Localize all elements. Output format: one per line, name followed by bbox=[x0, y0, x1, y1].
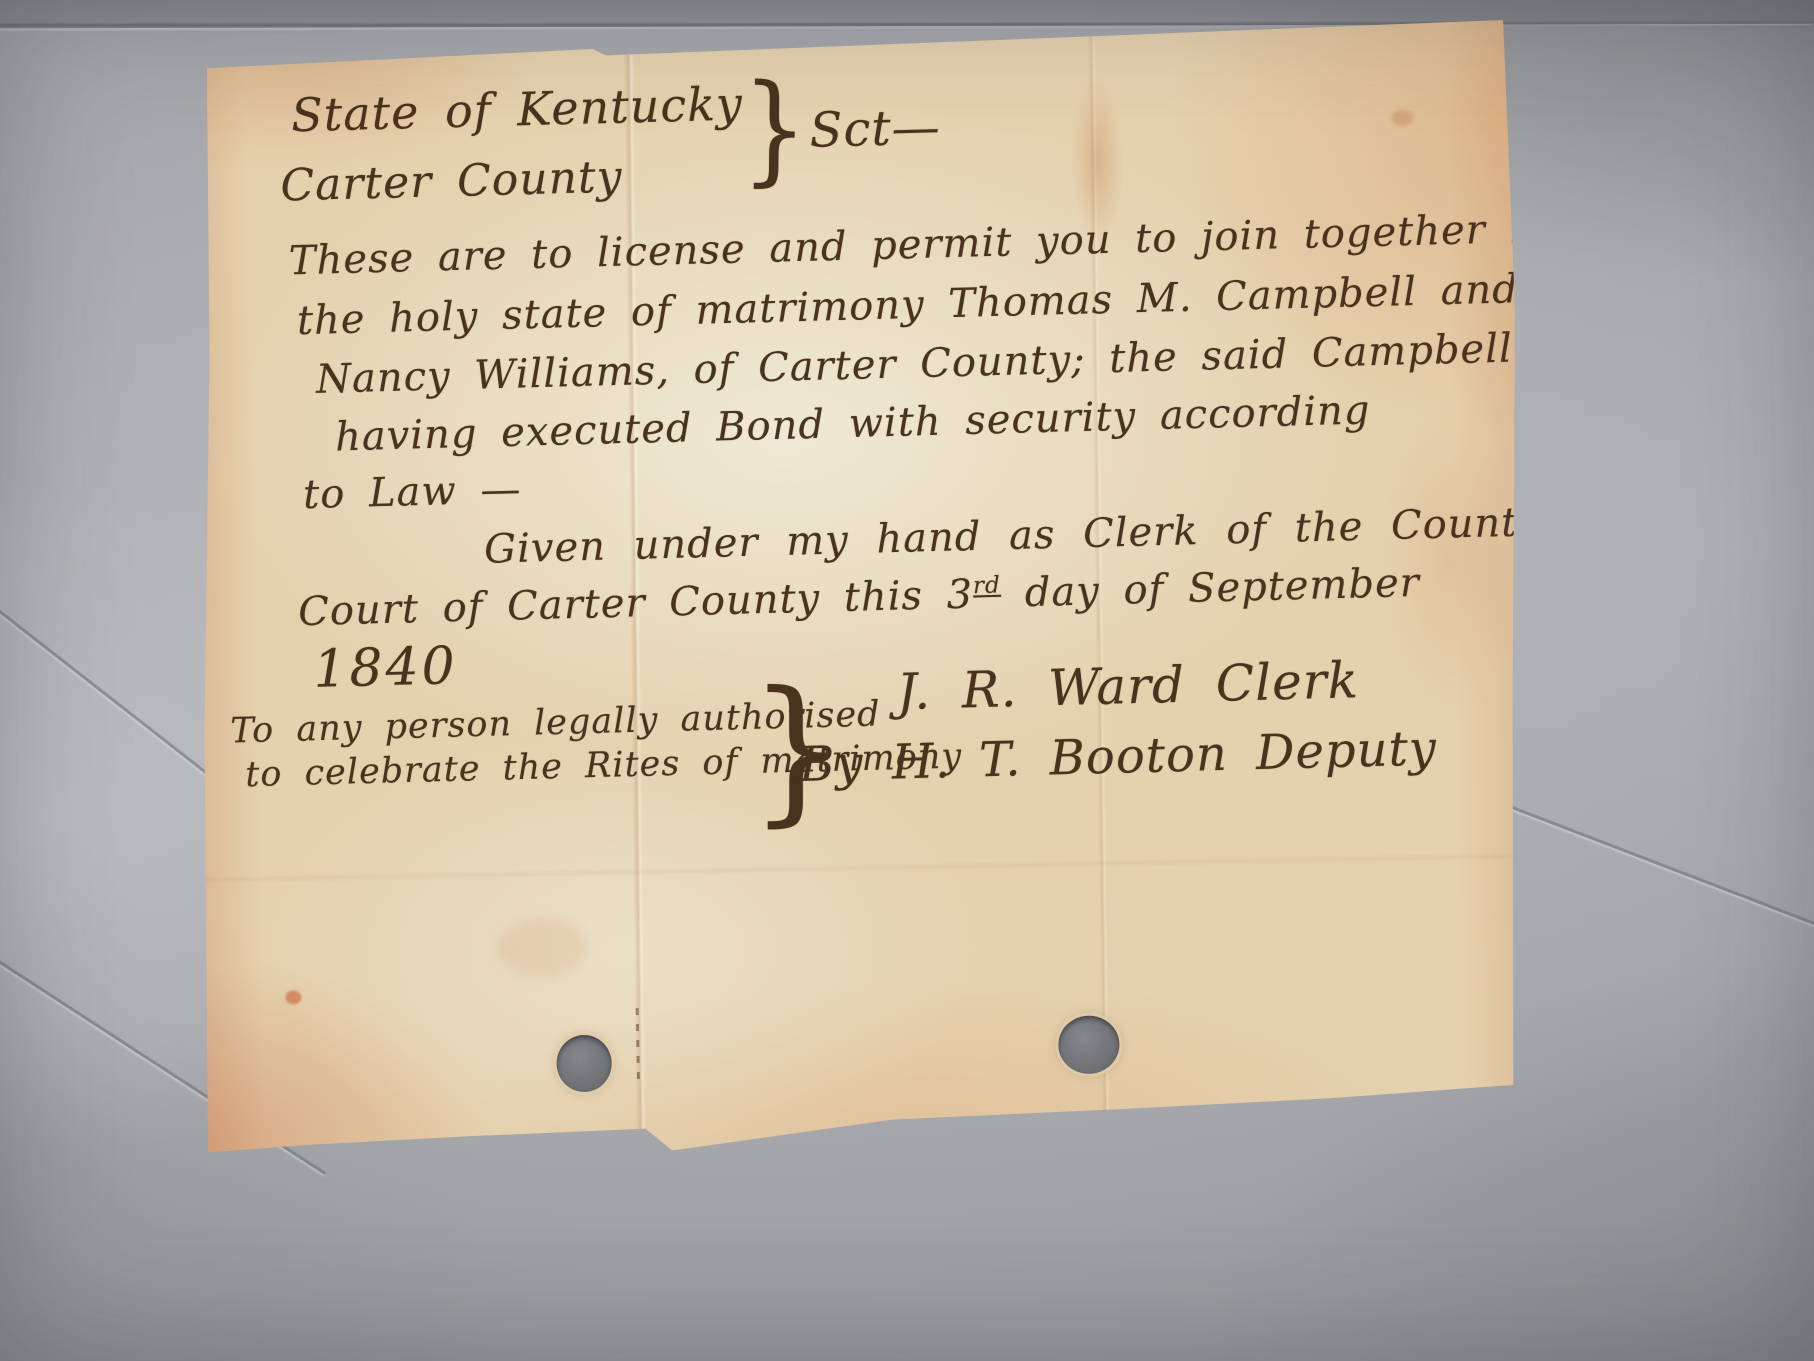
attestation-ordinal-suffix: rd bbox=[973, 571, 1002, 599]
heading-brace: } bbox=[741, 58, 809, 200]
attestation-year: 1840 bbox=[313, 636, 459, 700]
stain-spot-bottom bbox=[496, 917, 587, 979]
punch-hole-left bbox=[556, 1035, 612, 1093]
fold-crease-horizontal bbox=[195, 852, 1525, 884]
stain-spot-top-right bbox=[1391, 110, 1413, 126]
attestation-line-2-rest: day of September bbox=[1000, 560, 1420, 617]
attestation-line-2-text: Court of Carter County this 3 bbox=[298, 572, 974, 636]
document-paper: State of Kentucky } Sct— Carter County T… bbox=[180, 20, 1530, 1159]
deputy-signature: By H. T. Booton Deputy bbox=[798, 720, 1437, 793]
body-line-4: having executed Bond with security accor… bbox=[335, 387, 1371, 460]
heading-sct: Sct— bbox=[809, 99, 941, 158]
body-line-5: to Law — bbox=[303, 466, 522, 518]
punch-hole-right bbox=[1058, 1015, 1120, 1074]
stitch-marks bbox=[636, 1008, 640, 1084]
attestation-line-2: Court of Carter County this 3rd day of S… bbox=[298, 560, 1421, 635]
stain-spot-left bbox=[285, 990, 301, 1004]
heading-county: Carter County bbox=[280, 152, 623, 212]
heading-state: State of Kentucky bbox=[291, 76, 744, 142]
surface-seam-bottom-right bbox=[1508, 805, 1814, 958]
surface-seam-top bbox=[0, 21, 1814, 29]
clerk-signature: J. R. Ward Clerk bbox=[896, 651, 1359, 721]
photo-background: State of Kentucky } Sct— Carter County T… bbox=[0, 0, 1814, 1361]
